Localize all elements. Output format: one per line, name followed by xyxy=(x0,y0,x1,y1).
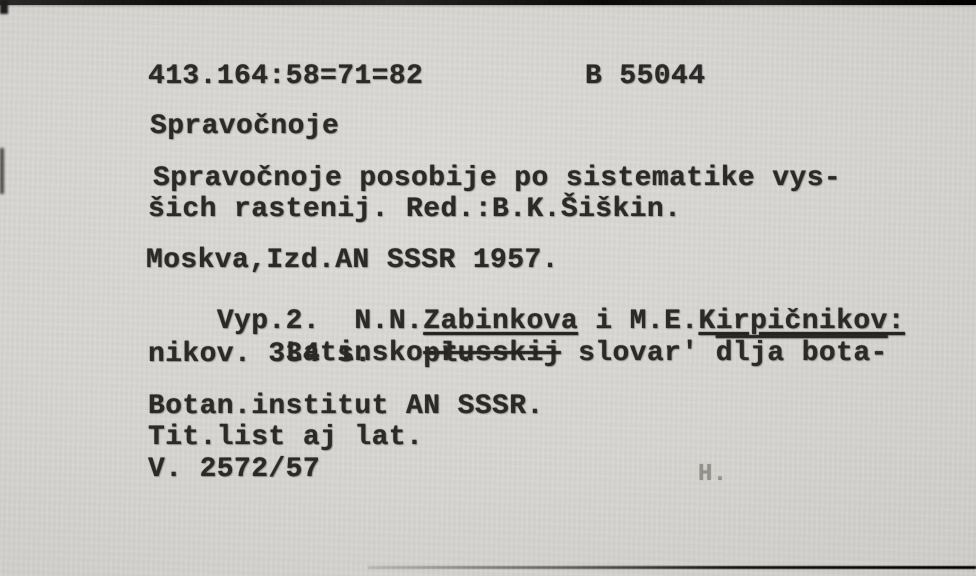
catalog-card-scan: 413.164:58=71=82 B 55044 Spravočnoje Spr… xyxy=(0,0,976,576)
note-line: Tit.list aj lat. xyxy=(148,423,423,453)
scan-corner-artifact xyxy=(0,0,8,14)
handwritten-mark: H. xyxy=(698,460,728,490)
scan-left-edge-artifact xyxy=(0,148,4,194)
title-line-2: šich rastenij. Red.:B.K.Šiškin. xyxy=(148,195,681,225)
heading-entry: Spravočnoje xyxy=(150,112,339,142)
subtitle-middle: slovar' xyxy=(561,338,716,369)
holder-line: Botan.institut AN SSSR. xyxy=(148,392,544,422)
scan-bottom-edge-artifact xyxy=(368,566,976,569)
shelf-mark: B 55044 xyxy=(585,62,705,92)
title-line-1: Spravočnoje posobije po sistematike vys- xyxy=(153,164,841,194)
imprint-line: Moskva,Izd.AN SSSR 1957. xyxy=(146,246,559,276)
subtitle-continuation: nikov. 334 s. pl. xyxy=(148,340,475,370)
record-number: V. 2572/57 xyxy=(148,455,320,485)
subtitle-overlined-segment: dlja bota- xyxy=(716,338,888,369)
scan-top-edge-artifact xyxy=(0,0,976,5)
call-number: 413.164:58=71=82 xyxy=(148,62,423,92)
